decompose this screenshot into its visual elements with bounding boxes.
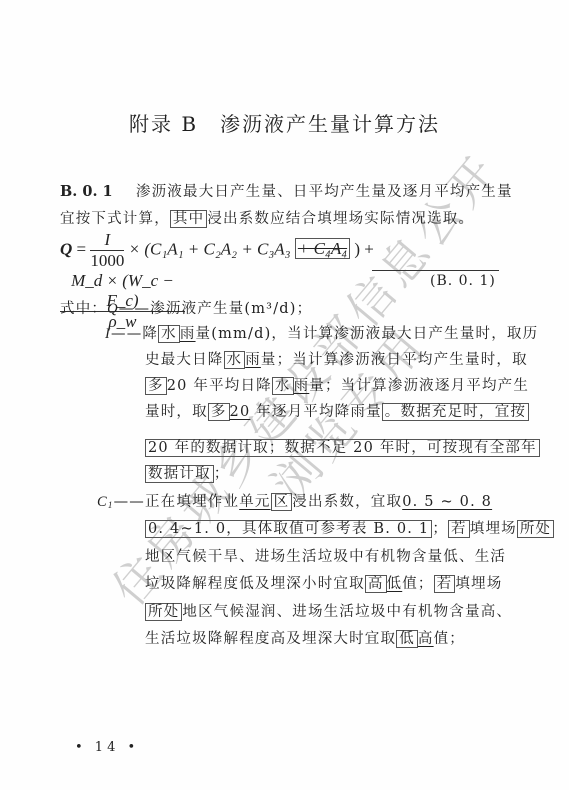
boxed-deletion: 若 (434, 575, 456, 593)
def-c1-line-3: 地区气候干旱、进场生活垃圾中有机物含量低、生活 (145, 545, 506, 566)
underlined-insertion: 低 (387, 576, 403, 592)
clause-text: 渗沥液最大日产生量、日平均产生量及逐月平均产生量 (136, 184, 513, 200)
def-i-line-5: 20 年的数据计取；数据不足 20 年时，可按现有全部年 (145, 436, 540, 457)
def-c1-line-5: 所处地区气候湿润、进场生活垃圾中有机物含量高、 (145, 600, 512, 621)
def-c1-line-2: 0. 4~1. 0，具体取值可参考表 B. 0. 1；若填埋场所处 (145, 517, 554, 538)
def-text: 值； (434, 631, 465, 647)
def-c1-line-4: 垃圾降解程度低及埋深小时宜取高低值；若填埋场 (145, 572, 502, 593)
clause-text: 宜按下式计算， (60, 211, 170, 227)
def-text: ——渗沥液产生量(m³/d)； (119, 301, 313, 317)
def-text: 量；当计算渗沥液日平均产生量时，取 (261, 352, 528, 368)
def-text: 填埋场 (455, 576, 502, 592)
underlined-insertion: 单元 (239, 494, 270, 510)
boxed-deletion: 水 (158, 325, 180, 343)
clause-line-1: B. 0. 1 渗沥液最大日产生量、日平均产生量及逐月平均产生量 (60, 180, 513, 201)
formula-lhs: Q (60, 239, 72, 258)
underlined-insertion: 0. 5 ~ 0. 8 (402, 494, 492, 510)
boxed-insertion: 其中 (170, 210, 207, 228)
boxed-deletion: 多 (145, 377, 167, 395)
def-text: 浸出系数，宜取 (292, 494, 402, 510)
boxed-deletion: 数据计取 (145, 465, 214, 483)
def-i-line-2: 史最大日降水雨量；当计算渗沥液日平均产生量时，取 (145, 348, 528, 369)
fraction-i-over-1000: I1000 (90, 230, 124, 271)
formula-sum: × (C₁A₁ + C₂A₂ + C₃A₃ (129, 239, 295, 258)
def-text: ——降 (111, 326, 158, 342)
appendix-label: 附录 B (129, 112, 198, 136)
boxed-deletion: 多 (208, 403, 230, 421)
boxed-deletion: 水 (272, 377, 294, 395)
deleted-term: + C₄A₄ (295, 238, 350, 259)
def-prefix: 式中： (60, 301, 107, 317)
def-i-line-4: 量时，取多20 年逐月平均降雨量。数据充足时，宜按 (145, 400, 529, 421)
equation-number: (B. 0. 1) (430, 273, 496, 289)
boxed-deletion: 所处 (517, 520, 554, 538)
def-text: 史最大日降 (145, 352, 224, 368)
def-text: 生活垃圾降解程度高及埋深大时宜取 (145, 631, 396, 647)
symbol-q: Q (107, 301, 119, 317)
def-q: 式中：Q——渗沥液产生量(m³/d)； (60, 297, 312, 318)
def-i-line-6: 数据计取； (145, 462, 230, 483)
underlined-insertion: 20 (230, 404, 251, 420)
boxed-deletion: 所处 (145, 603, 182, 621)
formula-rule (372, 270, 499, 271)
def-c1-line-1: C1——正在填埋作业单元区浸出系数，宜取0. 5 ~ 0. 8 (97, 490, 492, 511)
def-text: 填埋场 (470, 521, 517, 537)
clause-number: B. 0. 1 (60, 183, 113, 200)
boxed-deletion: 低 (396, 630, 418, 648)
boxed-deletion: 高 (365, 575, 387, 593)
underlined-insertion: 雨 (294, 378, 310, 394)
def-text: 地区气候湿润、进场生活垃圾中有机物含量高、 (182, 604, 512, 620)
underlined-insertion: 雨 (180, 326, 196, 342)
formula-close: ) + (350, 239, 374, 258)
def-text: 值； (402, 576, 433, 592)
page-number: • 14 • (75, 740, 139, 755)
boxed-deletion: 。数据充足时，宜按 (382, 403, 529, 421)
formula-eq: = (72, 239, 90, 258)
underlined-insertion: 高 (418, 631, 434, 647)
def-text: 量(mm/d)，当计算渗沥液最大日产生量时，取历 (196, 326, 539, 342)
def-text: 地区气候干旱、进场生活垃圾中有机物含量低、生活 (145, 549, 506, 565)
def-text: 量时，取 (145, 404, 208, 420)
symbol-c1: C1 (97, 494, 114, 510)
boxed-deletion: 区 (271, 493, 293, 511)
def-text: 垃圾降解程度低及埋深小时宜取 (145, 576, 365, 592)
boxed-deletion: 水 (224, 351, 246, 369)
symbol-c: C (97, 494, 108, 510)
underlined-insertion: 雨 (245, 352, 261, 368)
def-text: ； (432, 521, 448, 537)
frac-den: 1000 (90, 251, 124, 271)
def-text: ——正在填埋作业 (114, 494, 240, 510)
def-text: 量；当计算渗沥液逐月平均产生 (309, 378, 529, 394)
def-text: 年逐月平均降雨量 (250, 404, 381, 420)
boxed-deletion: 若 (448, 520, 470, 538)
def-text: 20 年平均日降 (167, 378, 272, 394)
clause-text: 浸出系数应结合填埋场实际情况选取。 (207, 211, 474, 227)
def-i-line-3: 多20 年平均日降水雨量；当计算渗沥液逐月平均产生 (145, 374, 529, 395)
boxed-deletion: 20 年的数据计取；数据不足 20 年时，可按现有全部年 (145, 439, 540, 457)
boxed-deletion: 0. 4~1. 0，具体取值可参考表 B. 0. 1 (145, 520, 432, 538)
def-c1-line-6: 生活垃圾降解程度高及埋深大时宜取低高值； (145, 627, 465, 648)
frac-num: I (90, 230, 124, 251)
def-i-line-1: I——降水雨量(mm/d)，当计算渗沥液最大日产生量时，取历 (105, 322, 538, 343)
clause-line-2: 宜按下式计算，其中浸出系数应结合填埋场实际情况选取。 (60, 207, 474, 228)
def-text: ； (214, 466, 230, 482)
appendix-name: 渗沥液产生量计算方法 (220, 112, 440, 136)
page-title: 附录 B渗沥液产生量计算方法 (0, 108, 569, 137)
